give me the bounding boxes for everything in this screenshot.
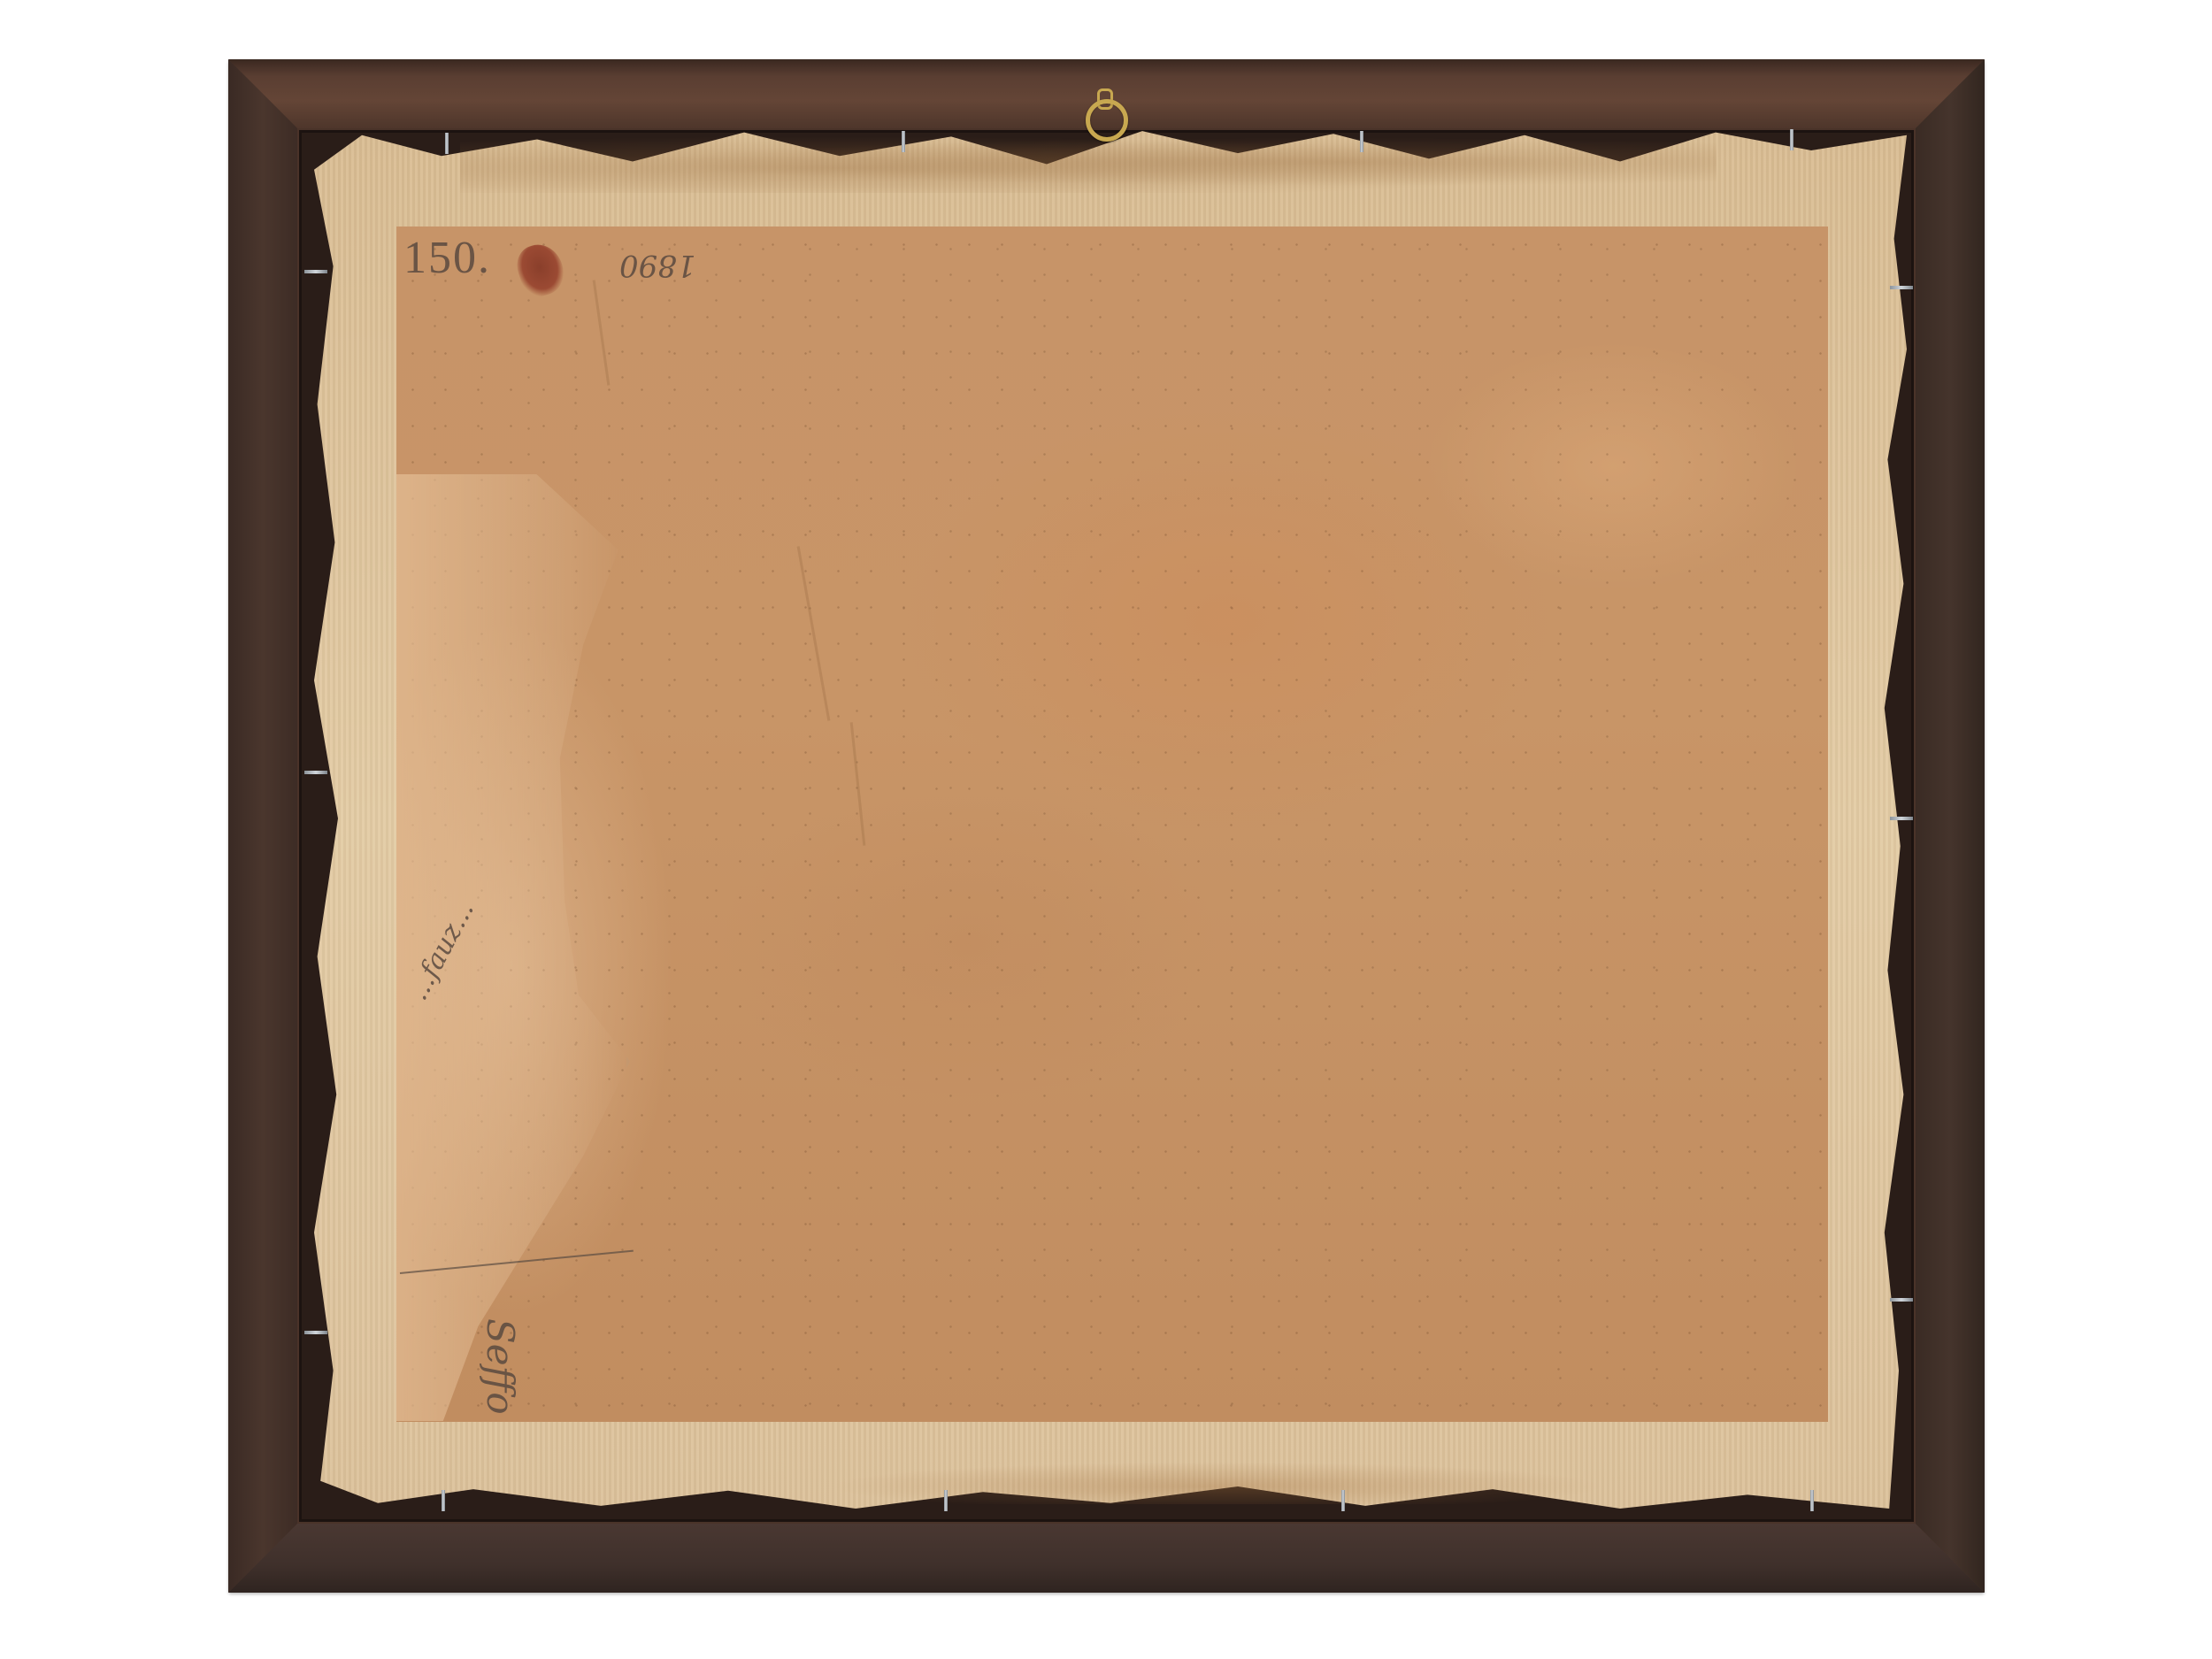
- brad-nail: [442, 1490, 445, 1511]
- hardboard-backing: [396, 227, 1828, 1422]
- brad-nail: [1790, 129, 1793, 150]
- brass-hanging-ring-icon: [1086, 99, 1128, 142]
- frame-right-stile: [1916, 59, 1985, 1593]
- brad-nail: [445, 133, 449, 154]
- tape-stain-top: [460, 131, 1717, 193]
- pencil-signature: Seffo: [479, 1318, 522, 1415]
- brad-nail: [1341, 1490, 1345, 1511]
- frame-left-stile: [228, 59, 297, 1593]
- brad-nail: [304, 270, 327, 273]
- brad-nail: [1810, 1490, 1814, 1511]
- brad-nail: [304, 771, 327, 774]
- pencil-year-inverted: 1890: [619, 248, 696, 283]
- brad-nail: [1890, 817, 1913, 820]
- brad-nail: [944, 1490, 948, 1511]
- brad-nail: [1360, 131, 1363, 152]
- frame-bottom-rail: [228, 1524, 1985, 1593]
- pencil-number: 150.: [403, 232, 491, 284]
- brad-nail: [1890, 286, 1913, 289]
- brad-nail: [304, 1331, 327, 1334]
- brad-nail: [1890, 1298, 1913, 1302]
- brad-nail: [902, 131, 905, 152]
- fiber-speckle: [396, 227, 1828, 1422]
- tape-stain-bottom: [796, 1460, 1637, 1504]
